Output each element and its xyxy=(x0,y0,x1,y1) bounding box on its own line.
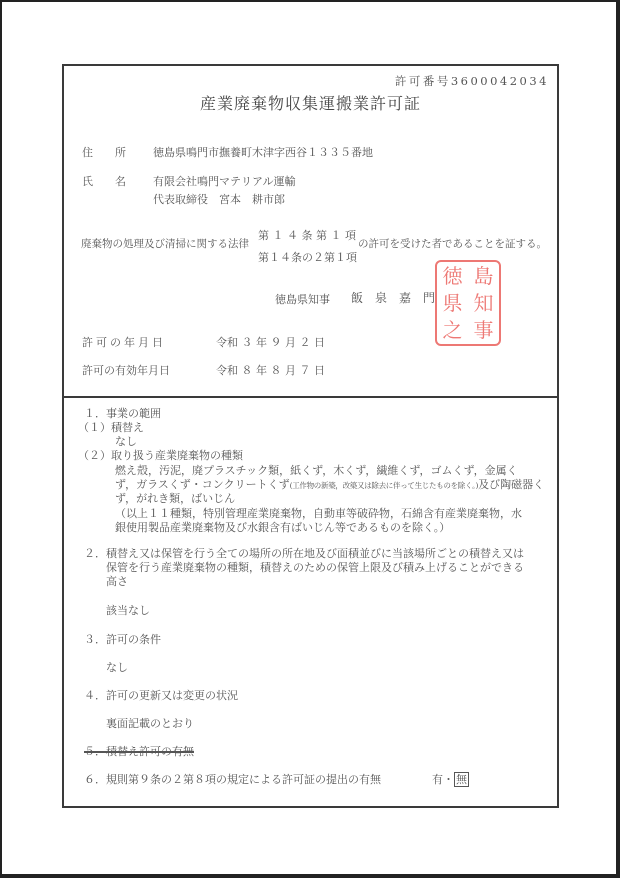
certificate-box: 許可番号3600042034 産業廃棄物収集運搬業許可証 住 所 徳島県鳴門市撫… xyxy=(62,64,559,808)
exclusion-line-2: 銀使用製品産業廃棄物及び水銀含有ばいじん等であるものを除く。） xyxy=(115,521,450,534)
law-name: 廃棄物の処理及び清掃に関する法律 xyxy=(81,238,249,251)
company-name: 有限会社鳴門マテリアル運輸 xyxy=(153,175,296,188)
waste-types-text: 及び陶磁器く xyxy=(478,478,544,491)
permit-number-value: 3600042034 xyxy=(451,74,549,88)
waste-types-line-1: 燃え殻，汚泥，廃プラスチック類，紙くず，木くず，繊維くず，ゴムくず，金属く xyxy=(115,464,518,477)
permit-number: 許可番号3600042034 xyxy=(395,75,549,88)
section-2-value: 該当なし xyxy=(106,604,150,617)
seal-char: 県 xyxy=(437,293,468,313)
certification-statement: の許可を受けた者であることを証する。 xyxy=(358,238,547,251)
law-article-2: 第１４条の２第１項 xyxy=(258,251,357,264)
name-label: 氏 名 xyxy=(82,175,126,188)
section-1-heading: １．事業の範囲 xyxy=(84,407,161,420)
section-4-value: 裏面記載のとおり xyxy=(106,717,194,730)
permit-number-label: 許可番号 xyxy=(395,74,451,88)
seal-char: 事 xyxy=(468,320,499,340)
option-separator: ・ xyxy=(443,773,454,786)
document-title: 産業廃棄物収集運搬業許可証 xyxy=(64,97,557,110)
section-6-heading: ６．規則第９条の２第８項の規定による許可証の提出の有無 xyxy=(84,773,381,786)
expiry-date-label: 許可の有効年月日 xyxy=(82,364,170,377)
section-2-heading-line-1: ２．積替え又は保管を行う全ての場所の所在地及び面積並びに当該場所ごとの積替え又は xyxy=(84,547,524,560)
section-1-1-value: なし xyxy=(115,435,137,448)
section-1-1-heading: （１）積替え xyxy=(78,421,144,434)
section-3-heading: ３．許可の条件 xyxy=(84,633,161,646)
permit-date-value: 令和 ３ 年 ９ 月 ２ 日 xyxy=(216,336,325,349)
waste-types-note: (工作物の新築，改築又は除去に伴って生じたものを除く。) xyxy=(290,481,479,490)
representative-name: 代表取締役 宮本 耕市郎 xyxy=(153,193,285,206)
section-5-heading-struck: ５．積替え許可の有無 xyxy=(84,745,194,758)
seal-char: 之 xyxy=(437,320,468,340)
section-2-heading-line-2: 保管を行う産業廃棄物の種類，積替えのための保管上限及び積み上げることができる xyxy=(106,561,524,574)
waste-types-text: ず，ガラスくず・コンクリートくず xyxy=(115,478,290,491)
section-divider xyxy=(64,396,557,398)
option-no-selected: 無 xyxy=(454,772,469,787)
expiry-date-value: 令和 ８ 年 ８ 月 ７ 日 xyxy=(216,364,325,377)
exclusion-line-1: （以上１１種類，特別管理産業廃棄物，自動車等破砕物，石綿含有産業廃棄物，水 xyxy=(115,507,522,520)
seal-char: 島 xyxy=(468,266,499,286)
option-yes: 有 xyxy=(432,773,443,786)
section-2-heading-line-3: 高さ xyxy=(106,575,128,588)
address-label: 住 所 xyxy=(82,146,126,159)
section-3-value: なし xyxy=(106,661,128,674)
issuer-title: 徳島県知事 xyxy=(275,293,330,306)
seal-char: 徳 xyxy=(437,266,468,286)
waste-types-line-2: ず，ガラスくず・コンクリートくず(工作物の新築，改築又は除去に伴って生じたものを… xyxy=(115,478,544,492)
official-seal: 徳 島 県 知 之 事 xyxy=(435,260,501,346)
section-4-heading: ４．許可の更新又は変更の状況 xyxy=(84,689,238,702)
page-frame: 許可番号3600042034 産業廃棄物収集運搬業許可証 住 所 徳島県鳴門市撫… xyxy=(0,0,620,878)
waste-types-line-3: ず，がれき類，ばいじん xyxy=(115,492,235,505)
seal-char: 知 xyxy=(468,293,499,313)
permit-date-label: 許可の年月日 xyxy=(82,336,166,349)
submission-options: 有・無 xyxy=(432,773,469,786)
law-article-1: 第 １ ４ 条 第 １ 項 xyxy=(258,229,356,242)
issuer-name: 飯 泉 嘉 門 xyxy=(351,292,435,305)
section-1-2-heading: （２）取り扱う産業廃棄物の種類 xyxy=(78,449,243,462)
address-value: 徳島県鳴門市撫養町木津字西谷１３３５番地 xyxy=(153,146,373,159)
